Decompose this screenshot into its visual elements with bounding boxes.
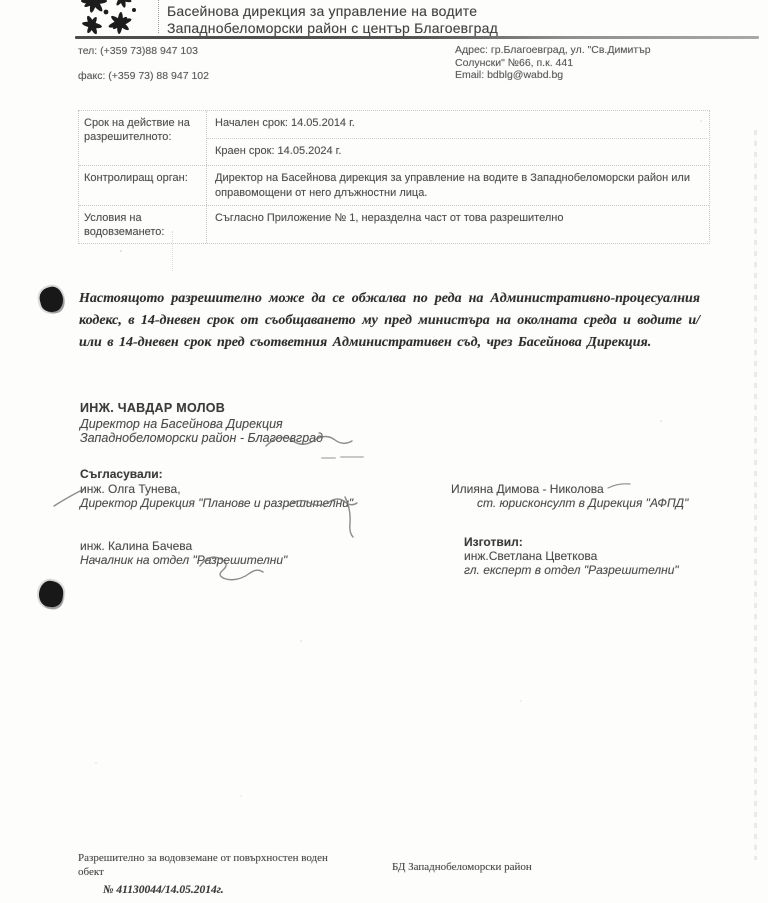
org-title: Басейнова дирекция за управление на води… <box>167 3 498 36</box>
start-date-text: Начален срок: 14.05.2014 г. <box>207 111 709 138</box>
address-line1: Адрес: гр.Благоевград, ул. "Св.Димитър <box>455 44 651 57</box>
doc-type-line1: Разрешително за водовземане от повърхнос… <box>78 851 328 865</box>
agreed-name-bacheva: инж. Калина Бачева <box>80 539 192 553</box>
conditions-value: Съгласно Приложение № 1, неразделна част… <box>207 206 709 243</box>
agreed-heading: Съгласували: <box>80 467 163 481</box>
doc-number: № 41130044/14.05.2014г. <box>103 883 224 897</box>
validity-values: Начален срок: 14.05.2014 г. Краен срок: … <box>207 111 709 165</box>
agreed-name-tuneva: инж. Олга Тунева, <box>80 482 181 496</box>
address-text: Адрес: гр.Благоевград, ул. "Св.Димитър С… <box>455 44 651 70</box>
footer-org-short: БД Западнобеломорски район <box>392 860 532 874</box>
director-signature-dashes <box>322 457 363 458</box>
appeal-notice: Настоящото разрешително може да се обжал… <box>79 288 700 354</box>
agreed-title-tuneva: Директор Дирекция "Планове и разрешителн… <box>80 496 353 510</box>
nikolova-signature-tick <box>608 484 630 488</box>
org-name-line2: Западнобеломорски район с център Благоев… <box>167 20 498 37</box>
director-title-line1: Директор на Басейнова Дирекция <box>80 417 283 431</box>
prepared-heading: Изготвил: <box>464 535 523 549</box>
fax-text: факс: (+359 73) 88 947 102 <box>78 70 209 83</box>
table-row-control-body: Контролиращ орган: Директор на Басейнова… <box>79 165 709 205</box>
scan-artifact-table-line <box>172 231 173 271</box>
phone-text: тел: (+359 73)88 947 103 <box>78 45 198 58</box>
table-row-conditions: Условия на водовземането: Съгласно Прило… <box>79 205 709 243</box>
control-body-value: Директор на Басейнова дирекция за управл… <box>207 166 709 205</box>
emblem-icon <box>76 0 158 38</box>
end-date-text: Краен срок: 14.05.2024 г. <box>207 139 709 166</box>
scan-artifact-streak <box>754 130 757 860</box>
conditions-label: Условия на водовземането: <box>79 206 207 243</box>
prepared-title: гл. експерт в отдел "Разрешителни" <box>464 563 679 577</box>
scan-noise-speckles <box>0 0 2 2</box>
director-name: ИНЖ. ЧАВДАР МОЛОВ <box>80 401 225 415</box>
scanned-permit-document: Басейнова дирекция за управление на води… <box>0 0 768 903</box>
org-name-line1: Басейнова дирекция за управление на води… <box>167 3 498 20</box>
email-text: Email: bdblg@wabd.bg <box>455 69 563 82</box>
control-body-label: Контролиращ орган: <box>79 166 207 205</box>
prepared-name: инж.Светлана Цветкова <box>464 549 597 563</box>
permit-info-table: Срок на действие на разрешителното: Нача… <box>78 110 710 244</box>
logo-divider <box>158 0 159 33</box>
punch-hole-mark-top <box>37 285 65 315</box>
punch-hole-mark-bottom <box>37 579 65 608</box>
table-row-validity: Срок на действие на разрешителното: Нача… <box>79 111 709 165</box>
agreed-title-nikolova: ст. юрисконсулт в Дирекция "АФПД" <box>477 496 688 510</box>
agreed-name-nikolova: Илияна Димова - Николова <box>451 482 604 496</box>
validity-label: Срок на действие на разрешителното: <box>79 111 207 165</box>
header-divider-line <box>75 36 759 39</box>
director-title-line2: Западнобеломорски район - Благоевград <box>80 431 323 445</box>
org-emblem-logo <box>76 0 158 38</box>
agreed-title-bacheva: Началник на отдел "Разрешителни" <box>80 553 287 567</box>
doc-type-line2: обект <box>78 865 104 879</box>
